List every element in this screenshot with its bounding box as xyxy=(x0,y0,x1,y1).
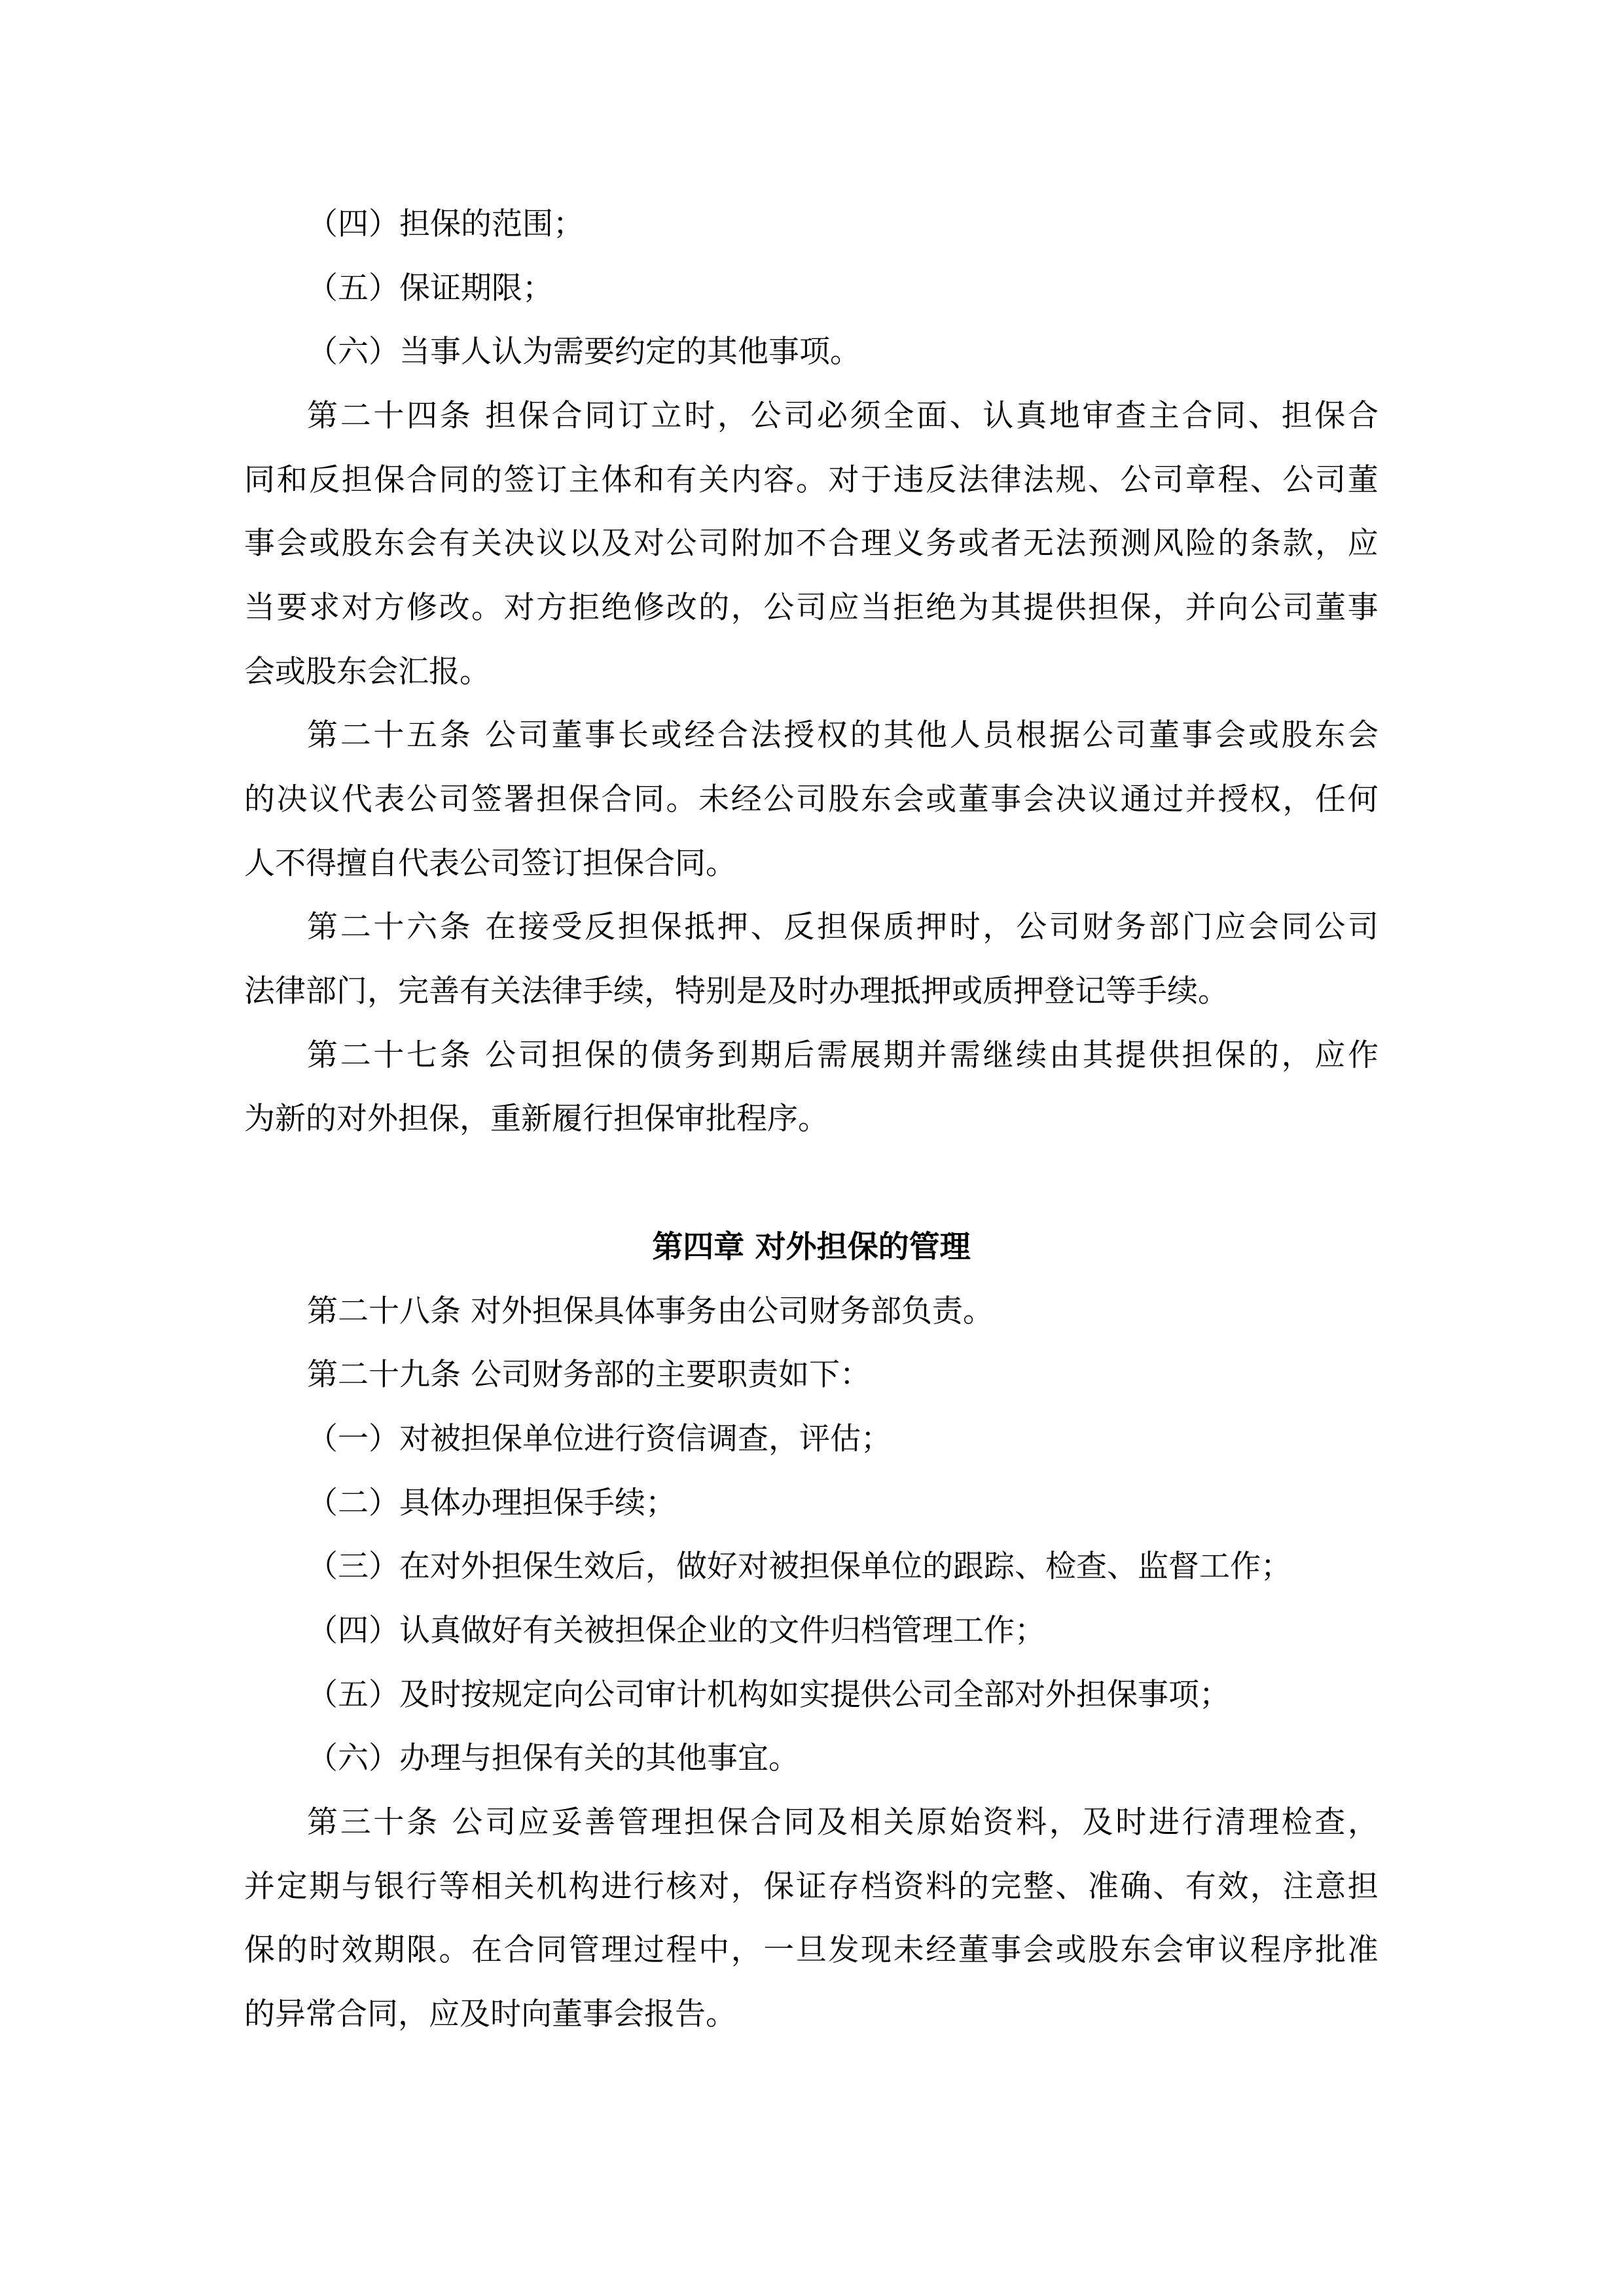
duty-item-2: （二）具体办理担保手续； xyxy=(307,1484,1379,1548)
article-26-line-1: 第二十六条 在接受反担保抵押、反担保质押时，公司财务部门应会同公司 xyxy=(307,908,1379,972)
list-item-guarantee-period: （五）保证期限； xyxy=(307,269,1379,333)
article-30-line-3: 保的时效期限。在合同管理过程中，一旦发现未经董事会或股东会审议程序批准 xyxy=(244,1931,1379,1995)
chapter-heading: 第四章 对外担保的管理 xyxy=(244,1228,1379,1267)
article-24-line-1: 第二十四条 担保合同订立时，公司必须全面、认真地审查主合同、担保合 xyxy=(307,397,1379,461)
article-27-line-1: 第二十七条 公司担保的债务到期后需展期并需继续由其提供担保的，应作 xyxy=(307,1036,1379,1100)
article-24-line-3: 事会或股东会有关决议以及对公司附加不合理义务或者无法预测风险的条款，应 xyxy=(244,524,1379,588)
article-25-line-1: 第二十五条 公司董事长或经合法授权的其他人员根据公司董事会或股东会 xyxy=(307,716,1379,780)
document-page: （四）担保的范围； （五）保证期限； （六）当事人认为需要约定的其他事项。 第二… xyxy=(0,0,1624,2296)
list-item-other-matters: （六）当事人认为需要约定的其他事项。 xyxy=(307,332,1379,397)
article-29: 第二十九条 公司财务部的主要职责如下： xyxy=(307,1355,1379,1420)
article-30-line-1: 第三十条 公司应妥善管理担保合同及相关原始资料，及时进行清理检查， xyxy=(307,1803,1379,1867)
duty-item-1: （一）对被担保单位进行资信调查，评估； xyxy=(307,1420,1379,1484)
article-25-line-3: 人不得擅自代表公司签订担保合同。 xyxy=(244,844,1379,908)
duty-item-4: （四）认真做好有关被担保企业的文件归档管理工作； xyxy=(307,1611,1379,1676)
article-24-line-4: 当要求对方修改。对方拒绝修改的，公司应当拒绝为其提供担保，并向公司董事 xyxy=(244,588,1379,653)
article-26-line-2: 法律部门，完善有关法律手续，特别是及时办理抵押或质押登记等手续。 xyxy=(244,972,1379,1036)
article-30-line-4: 的异常合同，应及时向董事会报告。 xyxy=(244,1995,1379,2059)
duty-item-3: （三）在对外担保生效后，做好对被担保单位的跟踪、检查、监督工作； xyxy=(307,1547,1379,1611)
article-30-line-2: 并定期与银行等相关机构进行核对，保证存档资料的完整、准确、有效，注意担 xyxy=(244,1867,1379,1931)
article-24-line-2: 同和反担保合同的签订主体和有关内容。对于违反法律法规、公司章程、公司董 xyxy=(244,461,1379,525)
list-item-scope: （四）担保的范围； xyxy=(307,205,1379,269)
article-24-line-5: 会或股东会汇报。 xyxy=(244,653,1379,717)
duty-item-5: （五）及时按规定向公司审计机构如实提供公司全部对外担保事项； xyxy=(307,1676,1379,1740)
article-25-line-2: 的决议代表公司签署担保合同。未经公司股东会或董事会决议通过并授权，任何 xyxy=(244,780,1379,844)
duty-item-6: （六）办理与担保有关的其他事宜。 xyxy=(307,1739,1379,1803)
article-27-line-2: 为新的对外担保，重新履行担保审批程序。 xyxy=(244,1100,1379,1164)
article-28: 第二十八条 对外担保具体事务由公司财务部负责。 xyxy=(307,1292,1379,1356)
